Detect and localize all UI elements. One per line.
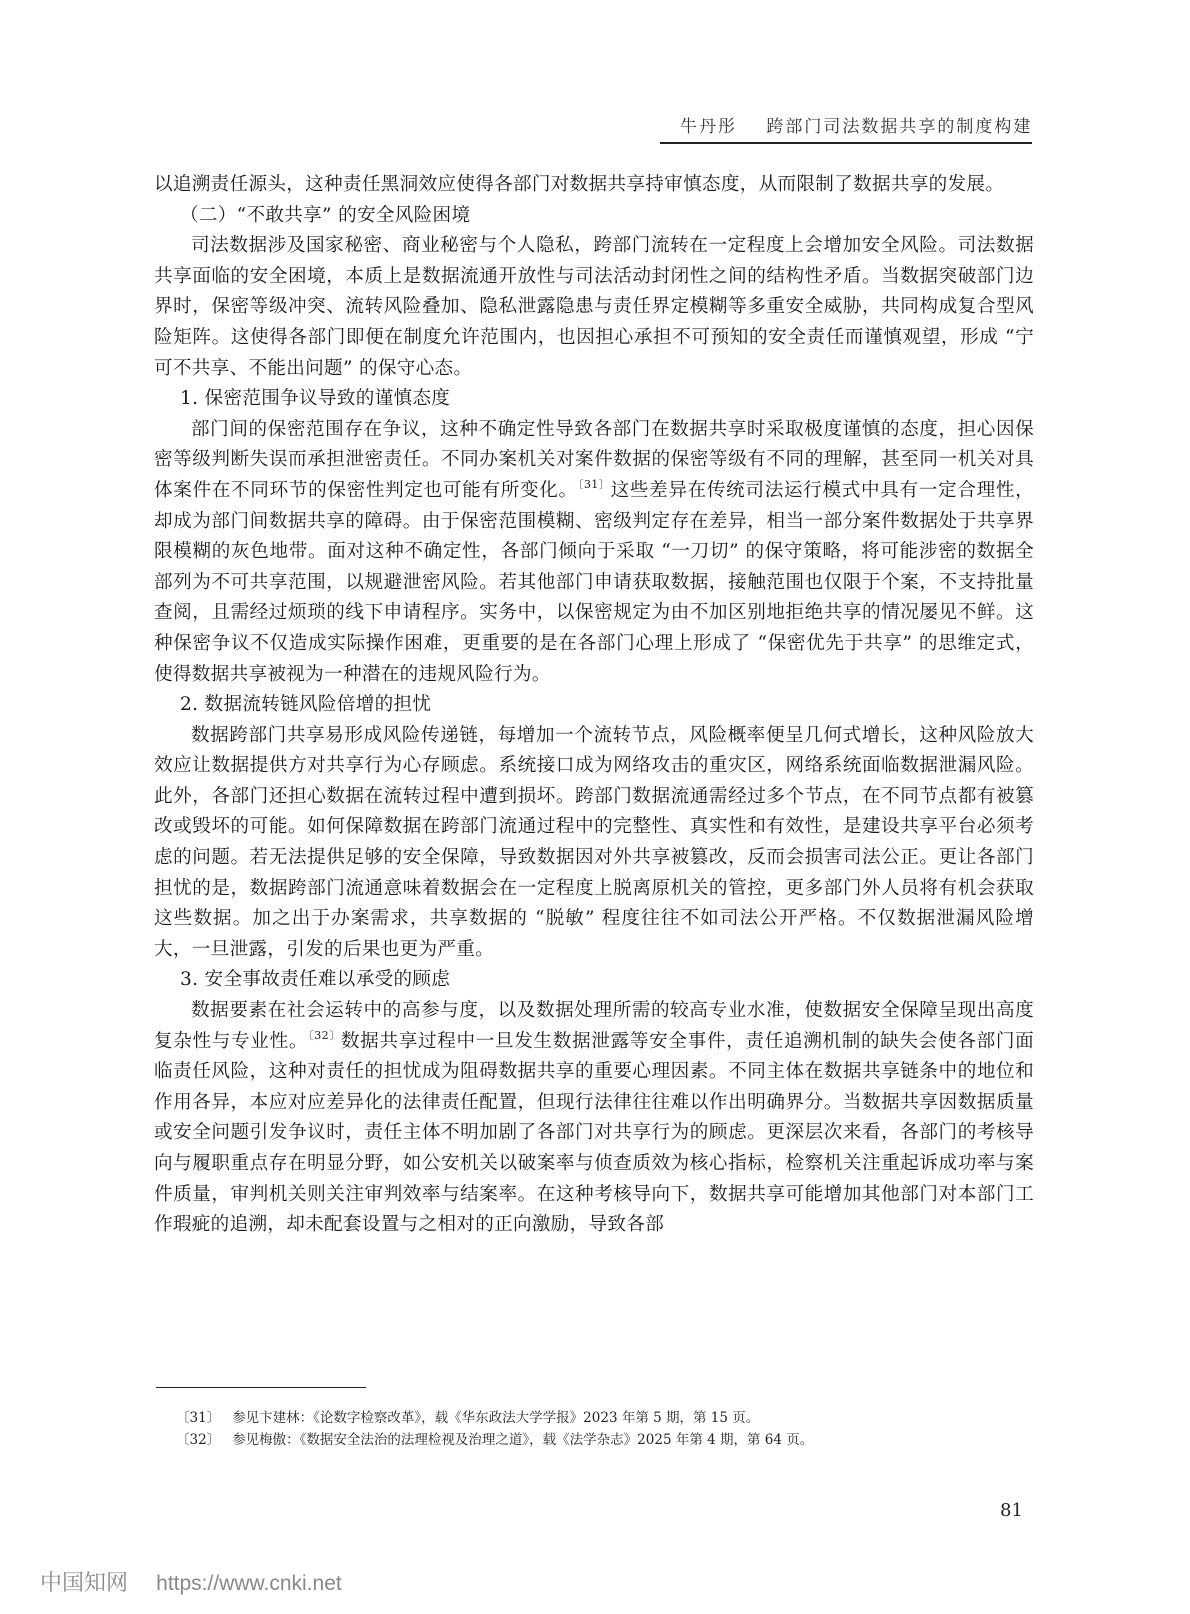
subsection-heading-1: 1. 保密范围争议导致的谨慎态度 bbox=[154, 384, 1034, 415]
paragraph-text: 数据共享过程中一旦发生数据泄露等安全事件，责任追溯机制的缺失会使各部门面临责任风… bbox=[154, 1031, 1034, 1236]
paragraph: 数据要素在社会运转中的高参与度，以及数据处理所需的较高专业水准，使数据安全保障呈… bbox=[154, 996, 1034, 1241]
watermark-logo-text: 中国知网 bbox=[40, 1570, 128, 1595]
running-head: 牛丹彤 跨部门司法数据共享的制度构建 bbox=[680, 112, 1032, 137]
watermark-url[interactable]: https://www.cnki.net bbox=[156, 1572, 342, 1595]
subsection-heading-2: 2. 数据流转链风险倍增的担忧 bbox=[154, 690, 1034, 721]
paragraph-text: 这些差异在传统司法运行模式中具有一定合理性，却成为部门间数据共享的障碍。由于保密… bbox=[154, 480, 1034, 685]
footnote-32: 〔32〕参见梅傲：《数据安全法治的法理检视及治理之道》，载《法学杂志》2025 … bbox=[176, 1429, 1036, 1451]
footnote-ref-31[interactable]: 〔31〕 bbox=[578, 478, 611, 491]
footnote-mark: 〔32〕 bbox=[176, 1432, 220, 1448]
header-rule bbox=[660, 142, 1032, 144]
footnote-rule bbox=[156, 1387, 366, 1388]
header-article-title: 跨部门司法数据共享的制度构建 bbox=[766, 117, 1032, 137]
footnote-text: 参见梅傲：《数据安全法治的法理检视及治理之道》，载《法学杂志》2025 年第 4… bbox=[232, 1432, 813, 1448]
subsection-heading-3: 3. 安全事故责任难以承受的顾虑 bbox=[154, 965, 1034, 996]
footnote-mark: 〔31〕 bbox=[176, 1410, 220, 1426]
paragraph: 司法数据涉及国家秘密、商业秘密与个人隐私，跨部门流转在一定程度上会增加安全风险。… bbox=[154, 231, 1034, 384]
paragraph: 数据跨部门共享易形成风险传递链，每增加一个流转节点，风险概率便呈几何式增长，这种… bbox=[154, 721, 1034, 966]
watermark: 中国知网 https://www.cnki.net bbox=[40, 1566, 342, 1597]
paragraph: 部门间的保密范围存在争议，这种不确定性导致各部门在数据共享时采取极度谨慎的态度，… bbox=[154, 415, 1034, 690]
footnote-text: 参见卞建林：《论数字检察改革》，载《华东政法大学学报》2023 年第 5 期，第… bbox=[232, 1410, 759, 1426]
page-number: 81 bbox=[1000, 1500, 1023, 1521]
header-author: 牛丹彤 bbox=[680, 117, 737, 137]
footnotes: 〔31〕参见卞建林：《论数字检察改革》，载《华东政法大学学报》2023 年第 5… bbox=[176, 1407, 1036, 1451]
article-body: 以追溯责任源头，这种责任黑洞效应使得各部门对数据共享持审慎态度，从而限制了数据共… bbox=[154, 170, 1034, 1241]
footnote-ref-32[interactable]: 〔32〕 bbox=[308, 1029, 341, 1042]
footnote-31: 〔31〕参见卞建林：《论数字检察改革》，载《华东政法大学学报》2023 年第 5… bbox=[176, 1407, 1036, 1429]
section-heading: （二）“不敢共享” 的安全风险困境 bbox=[154, 201, 1034, 232]
paragraph-continued: 以追溯责任源头，这种责任黑洞效应使得各部门对数据共享持审慎态度，从而限制了数据共… bbox=[154, 170, 1034, 201]
